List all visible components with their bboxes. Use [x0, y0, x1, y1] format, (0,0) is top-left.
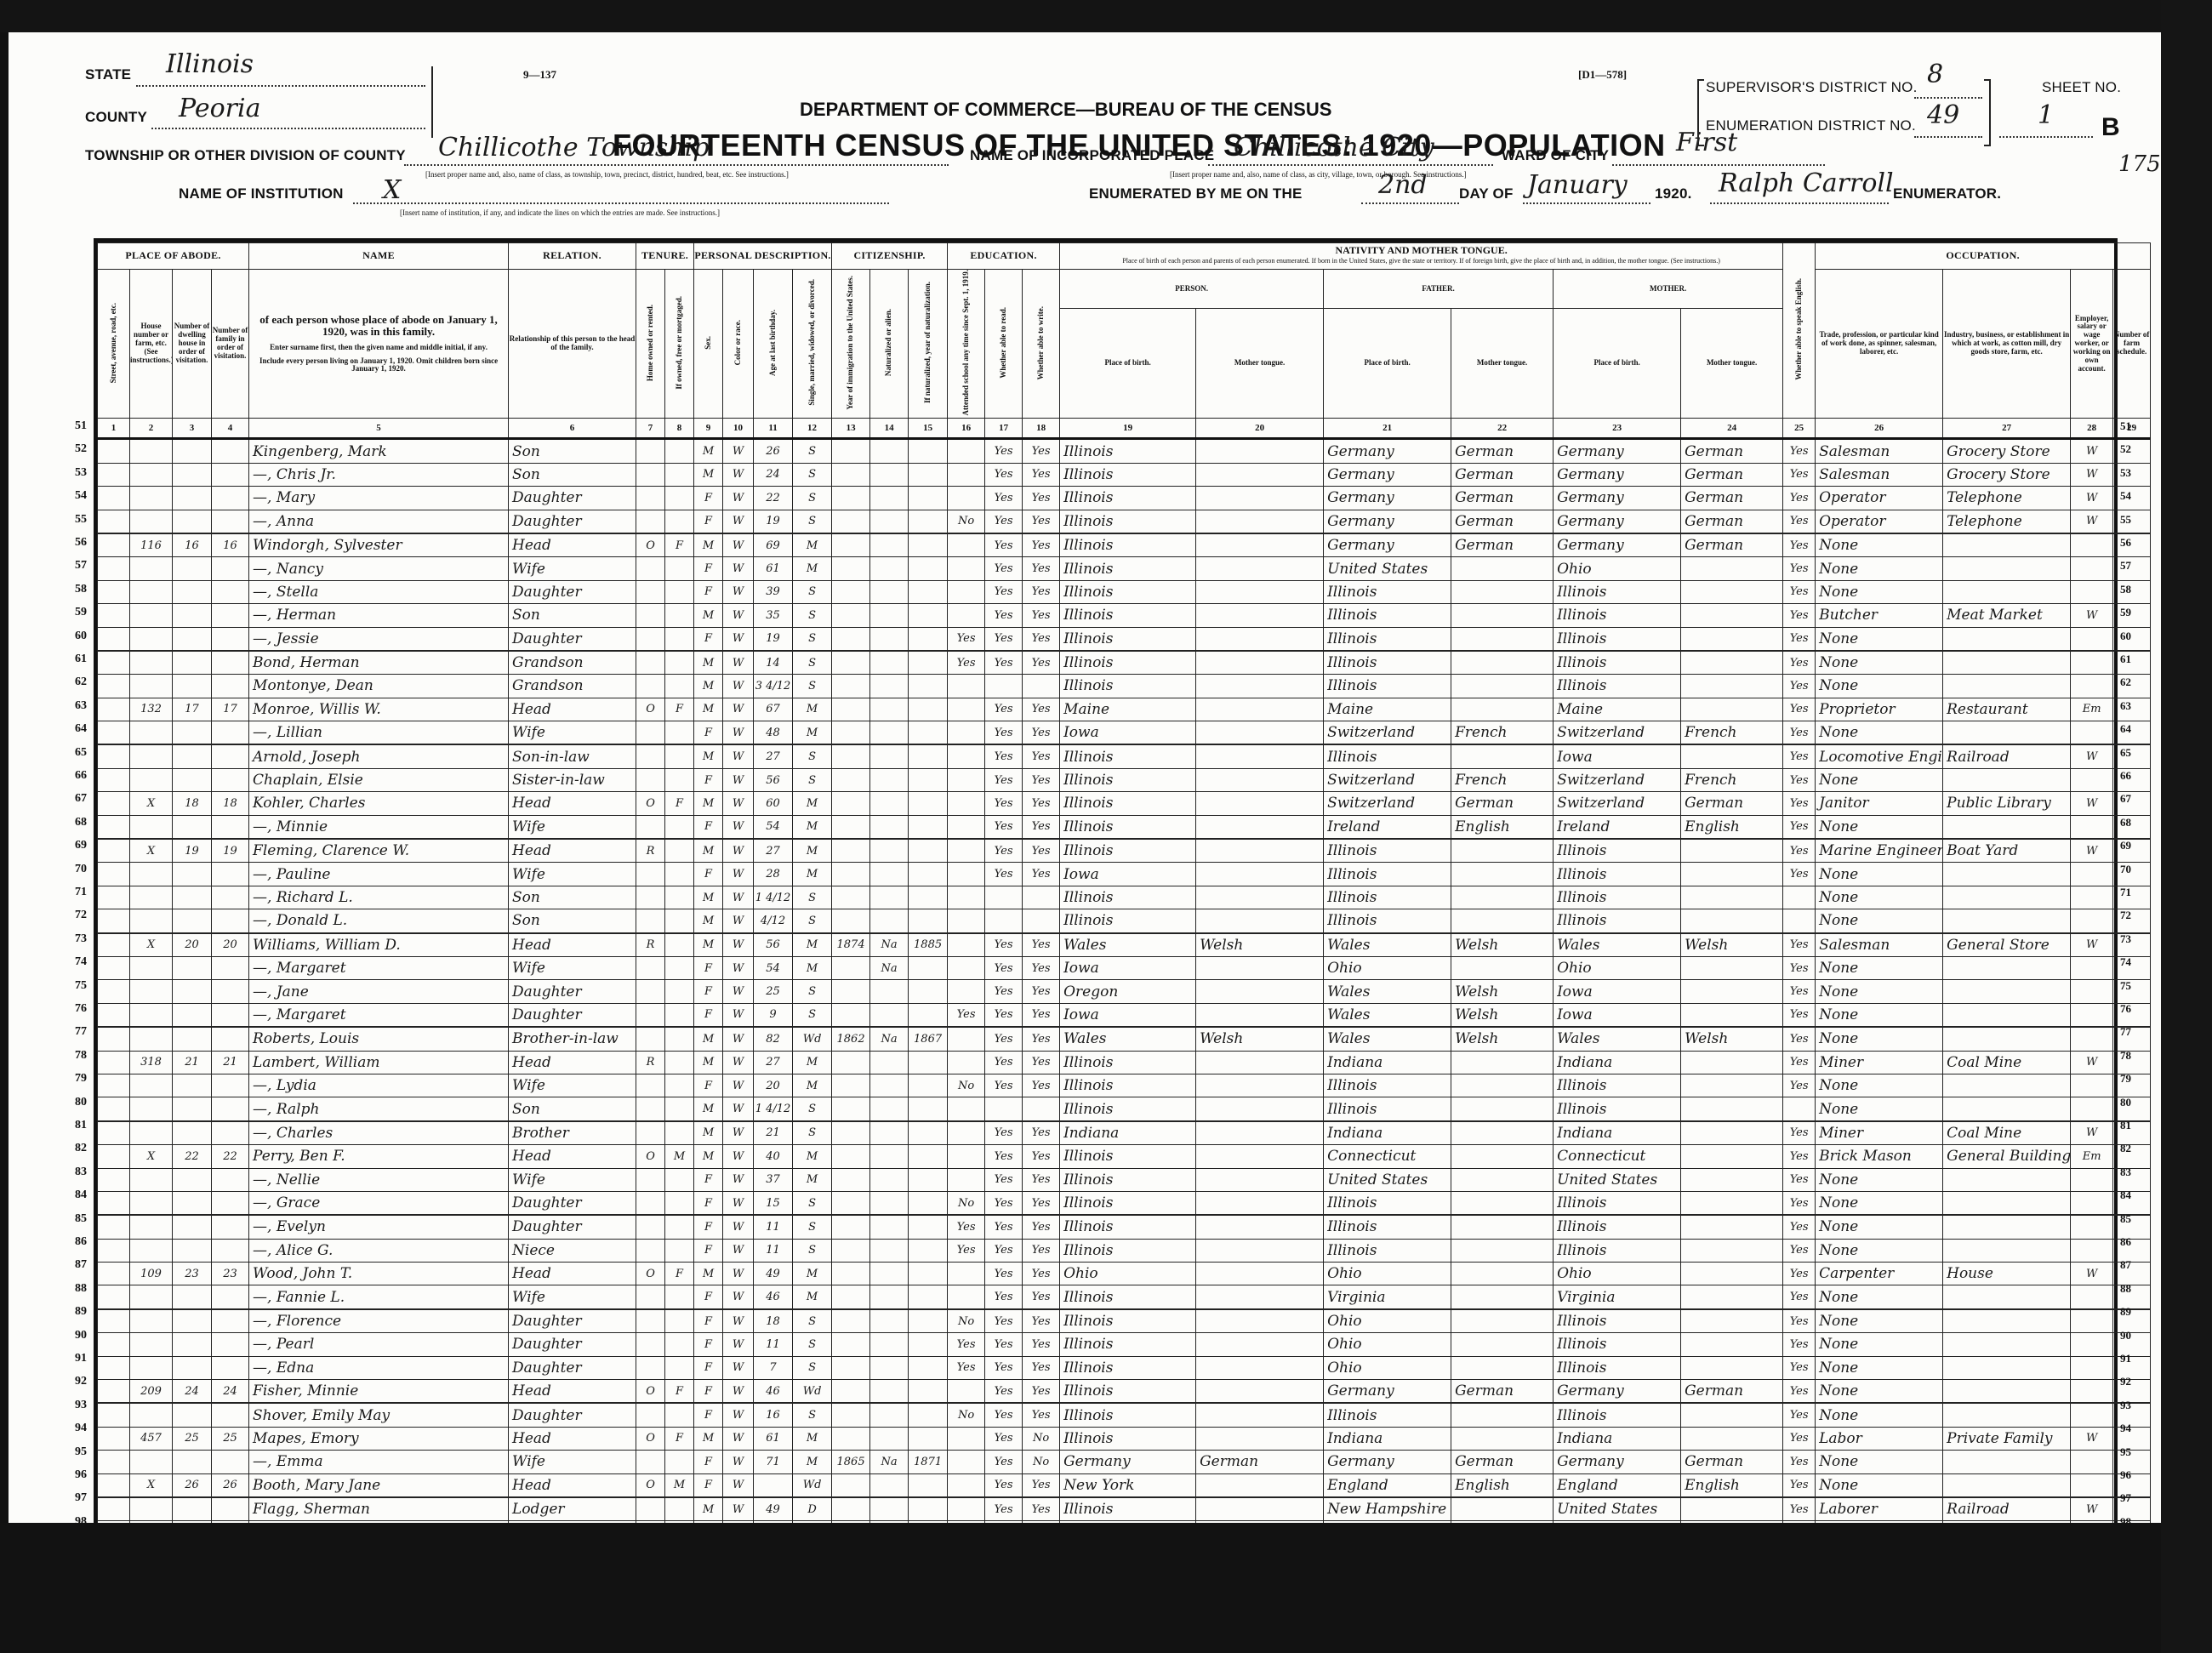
- col-27-header: Industry, business, or establishment in …: [1943, 270, 2071, 419]
- cell-school: Yes: [948, 1239, 985, 1262]
- cell-owned: [636, 886, 665, 909]
- cell-name: —, Lillian: [249, 721, 509, 745]
- cell-house: 209: [130, 1380, 173, 1404]
- cell-f-tongue: [1451, 1333, 1554, 1356]
- cell-immig: [832, 1215, 870, 1239]
- cell-class: [2071, 580, 2113, 603]
- cell-english: Yes: [1783, 1497, 1816, 1521]
- table-row: 1161616Windorgh, SylvesterHeadOFMW69MYes…: [98, 533, 2151, 557]
- cell-owned: [636, 604, 665, 627]
- cell-m-tongue: French: [1681, 768, 1783, 791]
- cell-birth: Illinois: [1060, 533, 1196, 557]
- cell-f-tongue: [1451, 1097, 1554, 1121]
- cell-owned: [636, 1451, 665, 1473]
- cell-industry: [1943, 1380, 2071, 1404]
- ed-label: Enumeration District No.: [1706, 117, 1916, 134]
- cell-m-birth: Illinois: [1554, 1097, 1681, 1121]
- cell-birth: Indiana: [1060, 1121, 1196, 1145]
- cell-class: [2071, 1333, 2113, 1356]
- cell-natz-year: [909, 1168, 948, 1191]
- cell-m-birth: Ohio: [1554, 956, 1681, 979]
- cell-race: W: [723, 1239, 754, 1262]
- cell-street: [98, 1121, 130, 1145]
- cell-owned: [636, 863, 665, 886]
- cell-trade: None: [1816, 1473, 1943, 1497]
- cell-immig: [832, 1263, 870, 1285]
- line-number-left: 62: [61, 675, 87, 689]
- cell-natz-year: [909, 580, 948, 603]
- cell-trade: None: [1816, 557, 1943, 580]
- cell-english: Yes: [1783, 1074, 1816, 1097]
- cell-street: [98, 557, 130, 580]
- cell-tongue: Welsh: [1196, 933, 1324, 957]
- cell-age: 26: [754, 439, 793, 463]
- cell-class: W: [2071, 1263, 2113, 1285]
- cell-birth: Illinois: [1060, 1074, 1196, 1097]
- cell-read: Yes: [985, 1285, 1023, 1309]
- cell-name: Monroe, Willis W.: [249, 698, 509, 721]
- cell-owned: [636, 956, 665, 979]
- column-number: 7: [636, 419, 665, 439]
- institution-note: [Insert name of institution, if any, and…: [400, 208, 720, 217]
- cell-school: [948, 533, 985, 557]
- cell-f-birth: Connecticut: [1324, 1145, 1451, 1168]
- cell-marital: M: [793, 933, 832, 957]
- cell-sex: F: [694, 1239, 723, 1262]
- cell-m-birth: Germany: [1554, 533, 1681, 557]
- cell-industry: Restaurant: [1943, 698, 2071, 721]
- cell-write: Yes: [1023, 1003, 1060, 1027]
- cell-m-birth: Illinois: [1554, 627, 1681, 651]
- cell-f-birth: Illinois: [1324, 580, 1451, 603]
- cell-write: Yes: [1023, 815, 1060, 839]
- cell-natz-year: [909, 510, 948, 533]
- cell-family: [212, 1027, 249, 1051]
- cell-street: [98, 1285, 130, 1309]
- cell-marital: S: [793, 768, 832, 791]
- cell-f-tongue: [1451, 956, 1554, 979]
- cell-class: [2071, 863, 2113, 886]
- cell-read: Yes: [985, 933, 1023, 957]
- cell-sex: M: [694, 744, 723, 768]
- cell-name: Shover, Emily May: [249, 1403, 509, 1427]
- col-25-header: Whether able to speak English.: [1783, 243, 1816, 419]
- cell-school: [948, 557, 985, 580]
- cell-dwelling: [173, 1403, 212, 1427]
- cell-industry: [1943, 980, 2071, 1003]
- cell-relation: Brother-in-law: [509, 1027, 636, 1051]
- cell-mortgage: [665, 1168, 694, 1191]
- cell-relation: Daughter: [509, 1356, 636, 1379]
- cell-immig: [832, 1403, 870, 1427]
- cell-street: [98, 768, 130, 791]
- cell-write: Yes: [1023, 1403, 1060, 1427]
- cell-race: W: [723, 792, 754, 815]
- cell-age: 19: [754, 510, 793, 533]
- cell-dwelling: [173, 463, 212, 486]
- cell-mortgage: [665, 557, 694, 580]
- cell-dwelling: 23: [173, 1263, 212, 1285]
- line-number-right: 72: [2120, 909, 2146, 922]
- group-abode: PLACE OF ABODE.: [98, 243, 249, 270]
- cell-family: [212, 627, 249, 651]
- line-number-right: 63: [2120, 699, 2146, 713]
- cell-f-birth: Illinois: [1324, 1097, 1451, 1121]
- institution-value: X: [383, 175, 401, 205]
- cell-dwelling: [173, 1239, 212, 1262]
- cell-race: W: [723, 1145, 754, 1168]
- table-row: —, CharlesBrotherMW21SYesYesIndianaIndia…: [98, 1121, 2151, 1145]
- cell-trade: None: [1816, 768, 1943, 791]
- cell-f-tongue: German: [1451, 792, 1554, 815]
- line-number-left: 68: [61, 816, 87, 829]
- table-row: Montonye, DeanGrandsonMW3 4/12SIllinoisI…: [98, 675, 2151, 698]
- cell-race: W: [723, 956, 754, 979]
- cell-name: —, Margaret: [249, 956, 509, 979]
- cell-immig: [832, 1333, 870, 1356]
- cell-industry: [1943, 815, 2071, 839]
- cell-natz-year: [909, 839, 948, 863]
- cell-industry: [1943, 627, 2071, 651]
- cell-age: 69: [754, 533, 793, 557]
- cell-industry: [1943, 1333, 2071, 1356]
- cell-natz: [870, 627, 909, 651]
- schedule-body: Kingenberg, MarkSonMW26SYesYesIllinoisGe…: [98, 439, 2151, 1616]
- cell-m-tongue: [1681, 1309, 1783, 1333]
- cell-class: [2071, 815, 2113, 839]
- cell-mortgage: F: [665, 1380, 694, 1404]
- cell-sex: M: [694, 675, 723, 698]
- cell-f-birth: Germany: [1324, 1380, 1451, 1404]
- cell-trade: Marine Engineer: [1816, 839, 1943, 863]
- cell-natz: [870, 1333, 909, 1356]
- cell-f-tongue: [1451, 1427, 1554, 1450]
- table-row: —, Chris Jr.SonMW24SYesYesIllinoisGerman…: [98, 463, 2151, 486]
- cell-dwelling: [173, 1168, 212, 1191]
- cell-house: X: [130, 792, 173, 815]
- cell-race: W: [723, 698, 754, 721]
- cell-f-birth: Illinois: [1324, 1215, 1451, 1239]
- line-number-left: 78: [61, 1049, 87, 1063]
- cell-family: [212, 1168, 249, 1191]
- cell-natz-year: [909, 557, 948, 580]
- cell-dwelling: [173, 1356, 212, 1379]
- cell-sex: F: [694, 557, 723, 580]
- cell-house: [130, 1451, 173, 1473]
- cell-dwelling: [173, 886, 212, 909]
- cell-birth: Illinois: [1060, 768, 1196, 791]
- cell-street: [98, 980, 130, 1003]
- cell-write: Yes: [1023, 1309, 1060, 1333]
- cell-industry: [1943, 557, 2071, 580]
- cell-birth: Illinois: [1060, 1145, 1196, 1168]
- cell-write: Yes: [1023, 439, 1060, 463]
- col-7-header: Home owned or rented.: [636, 270, 665, 419]
- cell-marital: M: [793, 1427, 832, 1450]
- cell-relation: Head: [509, 839, 636, 863]
- line-number-left: 64: [61, 722, 87, 736]
- group-personal: PERSONAL DESCRIPTION.: [694, 243, 832, 270]
- cell-natz-year: [909, 1145, 948, 1168]
- cell-english: Yes: [1783, 1121, 1816, 1145]
- cell-f-birth: Illinois: [1324, 1191, 1451, 1215]
- line-number-left: 66: [61, 769, 87, 783]
- cell-m-birth: United States: [1554, 1168, 1681, 1191]
- cell-dwelling: [173, 1121, 212, 1145]
- cell-f-birth: Maine: [1324, 698, 1451, 721]
- cell-read: Yes: [985, 557, 1023, 580]
- cell-school: [948, 909, 985, 933]
- cell-natz: [870, 439, 909, 463]
- cell-read: Yes: [985, 863, 1023, 886]
- column-number: 2: [130, 419, 173, 439]
- cell-m-tongue: [1681, 580, 1783, 603]
- cell-write: Yes: [1023, 1473, 1060, 1497]
- cell-relation: Son: [509, 604, 636, 627]
- col-1-header: Street, avenue, road, etc.: [98, 270, 130, 419]
- cell-race: W: [723, 1003, 754, 1027]
- cell-mortgage: [665, 721, 694, 745]
- cell-english: Yes: [1783, 533, 1816, 557]
- cell-natz-year: [909, 627, 948, 651]
- cell-trade: Laborer: [1816, 1497, 1943, 1521]
- cell-sex: F: [694, 510, 723, 533]
- cell-family: [212, 1333, 249, 1356]
- cell-mortgage: F: [665, 1263, 694, 1285]
- cell-immig: [832, 533, 870, 557]
- cell-house: [130, 580, 173, 603]
- group-tenure: TENURE.: [636, 243, 694, 270]
- scan-edge-bottom: [0, 1523, 2212, 1653]
- cell-natz-year: [909, 1403, 948, 1427]
- cell-name: Fleming, Clarence W.: [249, 839, 509, 863]
- cell-immig: [832, 627, 870, 651]
- cell-dwelling: 19: [173, 839, 212, 863]
- cell-relation: Wife: [509, 956, 636, 979]
- cell-tongue: [1196, 886, 1324, 909]
- cell-m-tongue: [1681, 1074, 1783, 1097]
- table-row: X1818Kohler, CharlesHeadOFMW60MYesYesIll…: [98, 792, 2151, 815]
- cell-street: [98, 533, 130, 557]
- cell-natz: [870, 744, 909, 768]
- cell-age: 27: [754, 1051, 793, 1074]
- cell-race: W: [723, 1191, 754, 1215]
- cell-immig: [832, 487, 870, 510]
- cell-relation: Daughter: [509, 510, 636, 533]
- cell-race: W: [723, 580, 754, 603]
- cell-f-birth: Germany: [1324, 510, 1451, 533]
- cell-write: Yes: [1023, 1168, 1060, 1191]
- cell-english: Yes: [1783, 604, 1816, 627]
- cell-f-tongue: [1451, 604, 1554, 627]
- cell-m-birth: Indiana: [1554, 1051, 1681, 1074]
- cell-sex: M: [694, 1427, 723, 1450]
- cell-industry: General Store: [1943, 933, 2071, 957]
- cell-f-tongue: German: [1451, 533, 1554, 557]
- cell-sex: M: [694, 1027, 723, 1051]
- cell-natz: [870, 839, 909, 863]
- cell-mortgage: F: [665, 792, 694, 815]
- cell-sex: F: [694, 580, 723, 603]
- cell-sex: F: [694, 627, 723, 651]
- cell-class: W: [2071, 1497, 2113, 1521]
- cell-tongue: [1196, 1380, 1324, 1404]
- col-13-header: Year of immigration to the United States…: [832, 270, 870, 419]
- cell-industry: [1943, 909, 2071, 933]
- cell-immig: 1865: [832, 1451, 870, 1473]
- cell-class: W: [2071, 933, 2113, 957]
- cell-immig: [832, 698, 870, 721]
- cell-industry: [1943, 1215, 2071, 1239]
- cell-race: W: [723, 839, 754, 863]
- cell-house: [130, 1003, 173, 1027]
- cell-trade: Labor: [1816, 1427, 1943, 1450]
- line-number-left: 67: [61, 792, 87, 806]
- cell-name: —, Fannie L.: [249, 1285, 509, 1309]
- cell-f-birth: Illinois: [1324, 675, 1451, 698]
- cell-natz: [870, 909, 909, 933]
- line-number-left: 86: [61, 1235, 87, 1249]
- table-row: —, JessieDaughterFW19SYesYesYesIllinoisI…: [98, 627, 2151, 651]
- cell-natz-year: [909, 1333, 948, 1356]
- cell-write: Yes: [1023, 1380, 1060, 1404]
- cell-owned: [636, 1309, 665, 1333]
- line-number-right: 83: [2120, 1166, 2146, 1179]
- cell-relation: Head: [509, 792, 636, 815]
- cell-marital: M: [793, 1168, 832, 1191]
- cell-f-birth: Germany: [1324, 533, 1451, 557]
- table-row: —, FlorenceDaughterFW18SNoYesYesIllinois…: [98, 1309, 2151, 1333]
- cell-name: Booth, Mary Jane: [249, 1473, 509, 1497]
- cell-f-birth: Illinois: [1324, 1074, 1451, 1097]
- cell-m-tongue: [1681, 1263, 1783, 1285]
- cell-f-birth: Indiana: [1324, 1427, 1451, 1450]
- cell-dwelling: 21: [173, 1051, 212, 1074]
- cell-trade: Salesman: [1816, 463, 1943, 486]
- cell-industry: Private Family: [1943, 1427, 2071, 1450]
- cell-house: [130, 768, 173, 791]
- table-row: —, Richard L.SonMW1 4/12SIllinoisIllinoi…: [98, 886, 2151, 909]
- cell-family: 22: [212, 1145, 249, 1168]
- cell-m-tongue: [1681, 1497, 1783, 1521]
- cell-age: 11: [754, 1239, 793, 1262]
- cell-write: Yes: [1023, 863, 1060, 886]
- cell-class: [2071, 1097, 2113, 1121]
- cell-natz: [870, 675, 909, 698]
- cell-age: 1 4/12: [754, 1097, 793, 1121]
- cell-dwelling: [173, 1285, 212, 1309]
- cell-m-birth: Illinois: [1554, 1215, 1681, 1239]
- cell-name: Arnold, Joseph: [249, 744, 509, 768]
- cell-relation: Daughter: [509, 1309, 636, 1333]
- cell-relation: Brother: [509, 1121, 636, 1145]
- cell-english: Yes: [1783, 1003, 1816, 1027]
- cell-age: 9: [754, 1003, 793, 1027]
- cell-industry: [1943, 1309, 2071, 1333]
- cell-marital: M: [793, 698, 832, 721]
- cell-relation: Daughter: [509, 1403, 636, 1427]
- cell-immig: [832, 675, 870, 698]
- cell-m-tongue: German: [1681, 487, 1783, 510]
- cell-write: Yes: [1023, 651, 1060, 675]
- cell-sex: F: [694, 1333, 723, 1356]
- cell-family: [212, 909, 249, 933]
- cell-school: [948, 1027, 985, 1051]
- cell-industry: Coal Mine: [1943, 1051, 2071, 1074]
- cell-trade: None: [1816, 909, 1943, 933]
- col-23-header: Place of birth.: [1554, 309, 1681, 419]
- cell-family: [212, 1121, 249, 1145]
- cell-natz-year: [909, 1473, 948, 1497]
- cell-f-tongue: German: [1451, 439, 1554, 463]
- cell-trade: None: [1816, 1191, 1943, 1215]
- cell-age: 49: [754, 1497, 793, 1521]
- cell-english: Yes: [1783, 580, 1816, 603]
- cell-class: [2071, 627, 2113, 651]
- cell-house: [130, 1168, 173, 1191]
- cell-natz-year: [909, 651, 948, 675]
- cell-industry: [1943, 721, 2071, 745]
- cell-m-birth: Germany: [1554, 1380, 1681, 1404]
- cell-age: 56: [754, 933, 793, 957]
- cell-natz-year: [909, 792, 948, 815]
- cell-relation: Head: [509, 1473, 636, 1497]
- cell-natz-year: [909, 1427, 948, 1450]
- cell-relation: Head: [509, 1380, 636, 1404]
- cell-family: [212, 1309, 249, 1333]
- cell-write: Yes: [1023, 956, 1060, 979]
- cell-dwelling: [173, 1074, 212, 1097]
- supervisor-label: Supervisor's District No.: [1706, 79, 1918, 96]
- form-number: 9—137: [523, 68, 556, 82]
- cell-age: 27: [754, 839, 793, 863]
- cell-birth: Illinois: [1060, 651, 1196, 675]
- cell-relation: Head: [509, 533, 636, 557]
- cell-school: Yes: [948, 651, 985, 675]
- cell-marital: S: [793, 510, 832, 533]
- state-county-bracket: [431, 66, 433, 138]
- col-20-header: Mother tongue.: [1196, 309, 1324, 419]
- cell-tongue: Welsh: [1196, 1027, 1324, 1051]
- cell-house: [130, 627, 173, 651]
- cell-birth: Illinois: [1060, 1051, 1196, 1074]
- cell-f-tongue: [1451, 1145, 1554, 1168]
- column-number: 11: [754, 419, 793, 439]
- cell-f-birth: Ireland: [1324, 815, 1451, 839]
- cell-read: Yes: [985, 980, 1023, 1003]
- cell-birth: Illinois: [1060, 557, 1196, 580]
- cell-house: 318: [130, 1051, 173, 1074]
- cell-write: [1023, 909, 1060, 933]
- cell-m-birth: Germany: [1554, 487, 1681, 510]
- cell-f-tongue: [1451, 627, 1554, 651]
- cell-birth: Illinois: [1060, 1191, 1196, 1215]
- cell-street: [98, 487, 130, 510]
- cell-mortgage: [665, 487, 694, 510]
- cell-industry: [1943, 768, 2071, 791]
- cell-owned: [636, 580, 665, 603]
- cell-name: Wood, John T.: [249, 1263, 509, 1285]
- cell-name: —, Florence: [249, 1309, 509, 1333]
- cell-mortgage: [665, 1003, 694, 1027]
- column-number: 28: [2071, 419, 2113, 439]
- cell-class: [2071, 721, 2113, 745]
- cell-natz: [870, 1145, 909, 1168]
- cell-dwelling: [173, 956, 212, 979]
- day-line: [1361, 202, 1459, 204]
- column-number: 27: [1943, 419, 2071, 439]
- cell-tongue: [1196, 604, 1324, 627]
